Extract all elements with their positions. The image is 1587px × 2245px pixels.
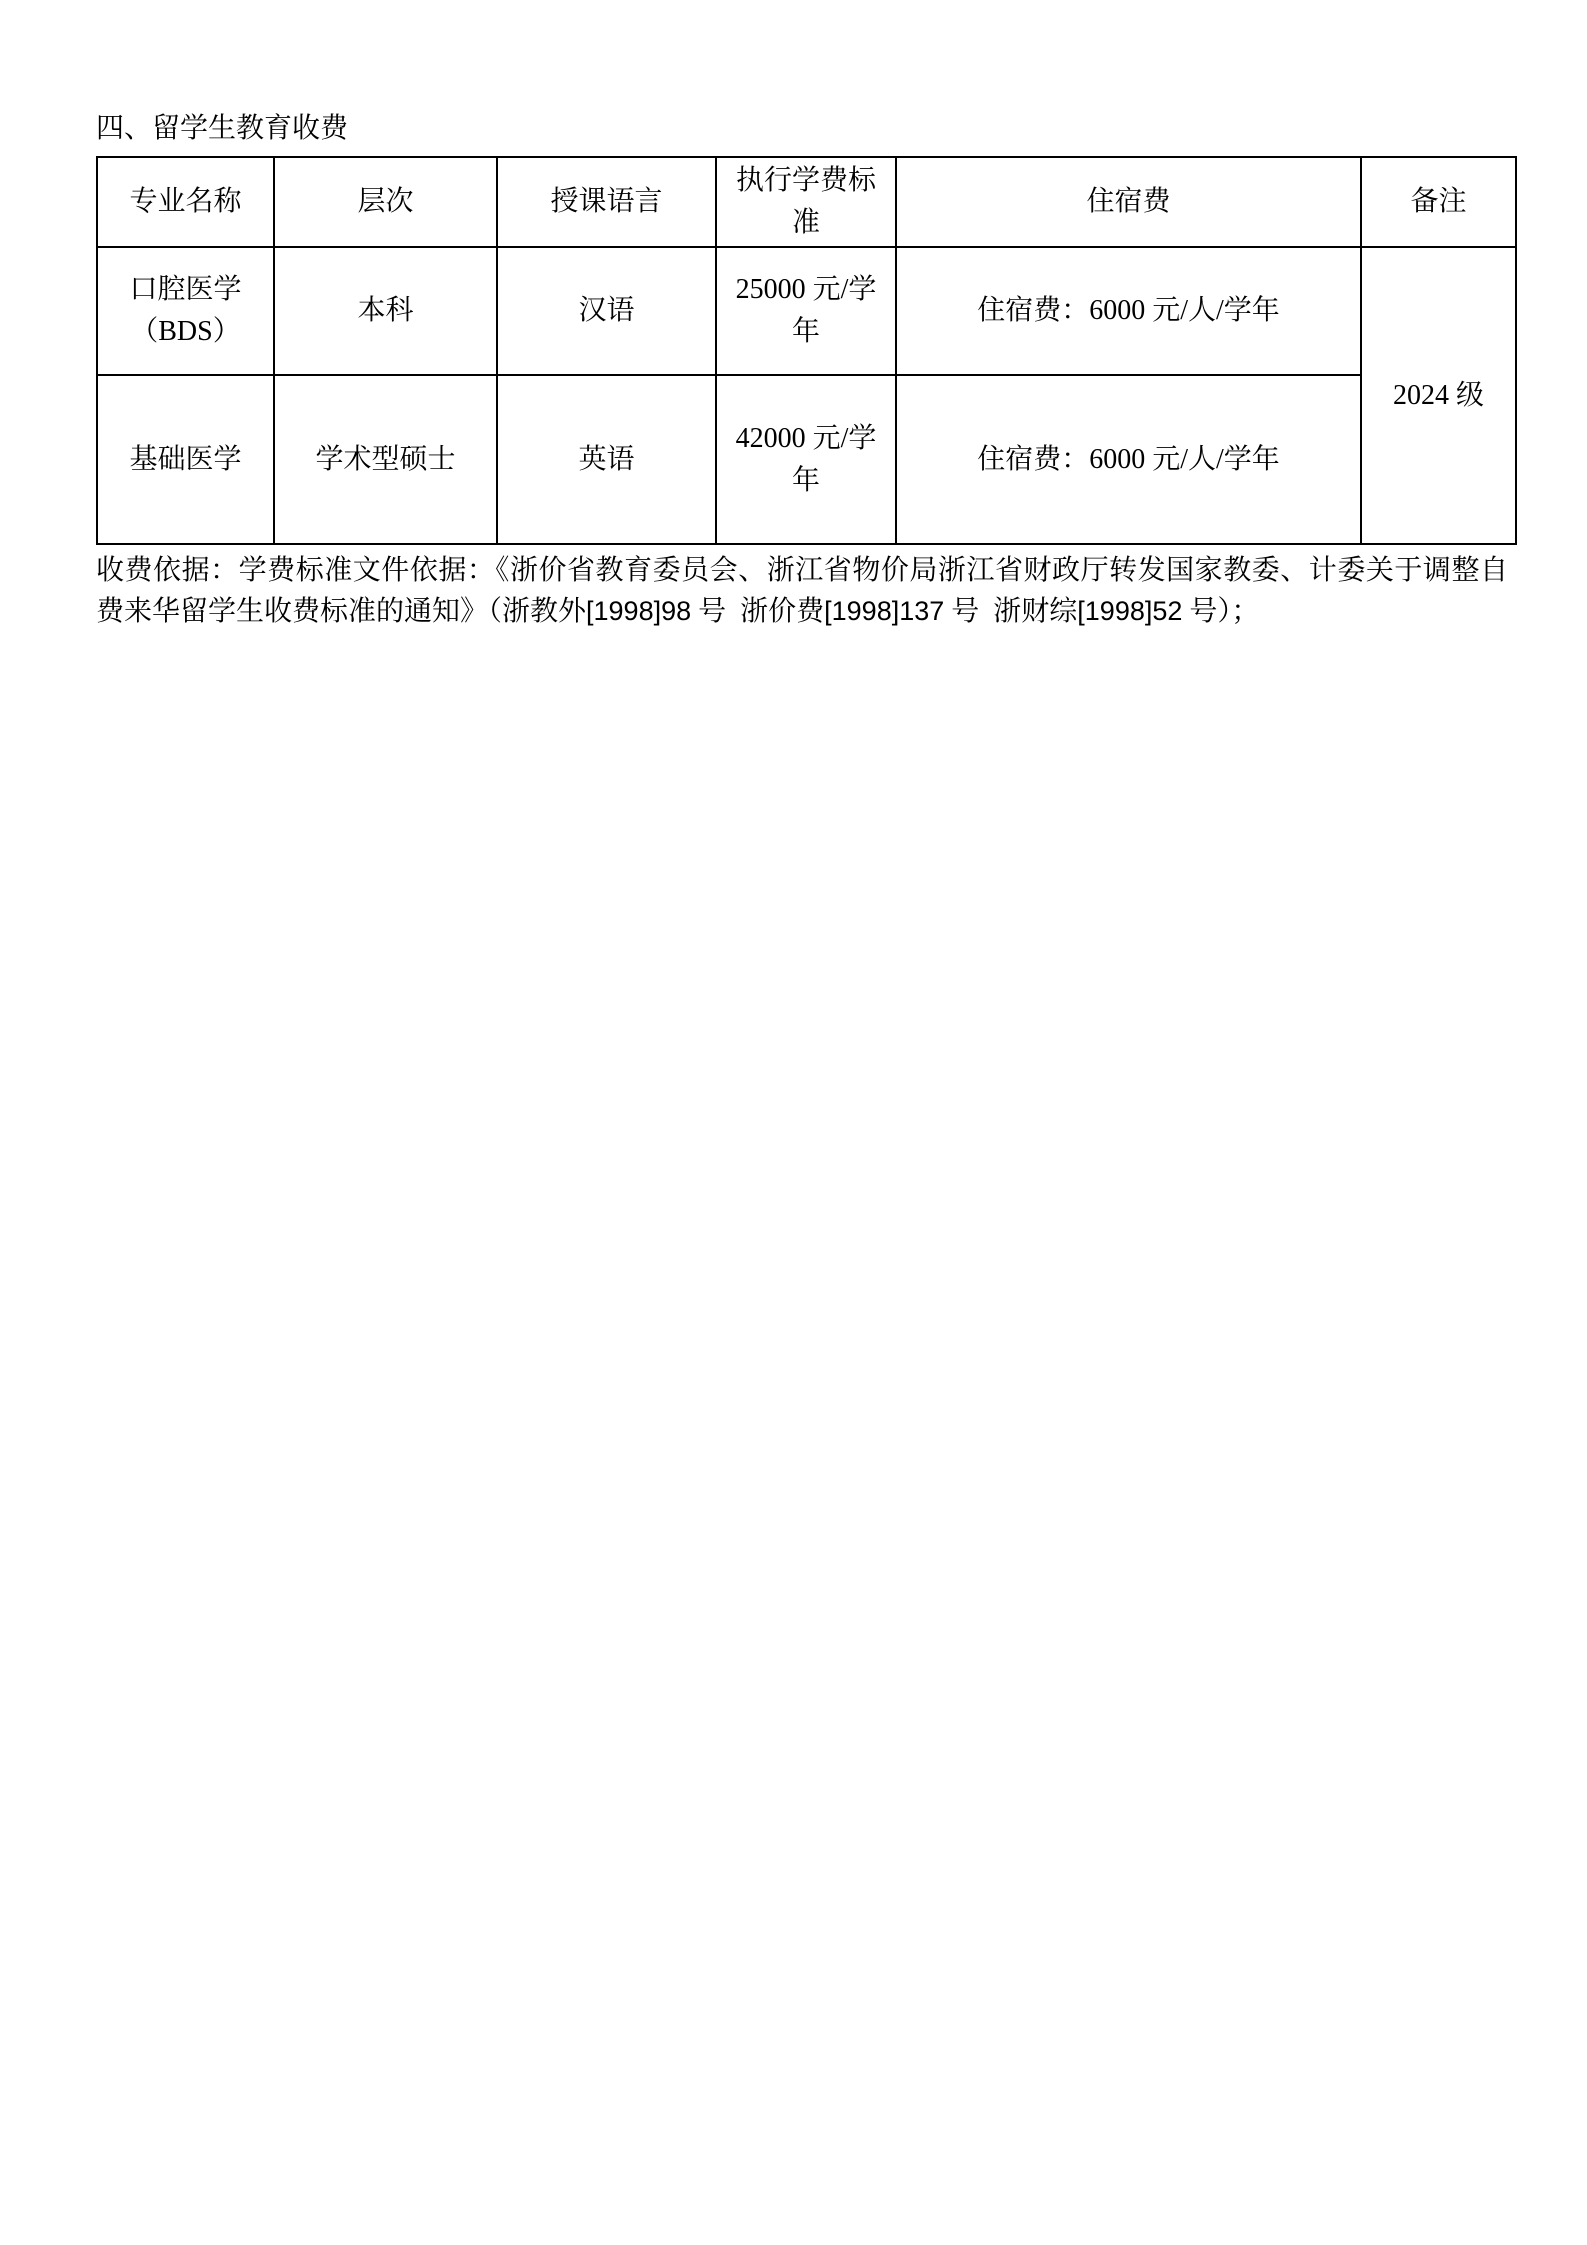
table-row: 口腔医学 （BDS） 本科 汉语 25000 元/学 年 住宿费：6000 元/… — [97, 247, 1516, 375]
fee-basis-note: 收费依据：学费标准文件依据：《浙价省教育委员会、浙江省物价局浙江省财政厅转发国家… — [96, 551, 1508, 632]
cell-accommodation: 住宿费：6000 元/人/学年 — [896, 375, 1361, 544]
header-remark: 备注 — [1361, 157, 1516, 247]
doc-ref-number: [1998]137 — [824, 596, 944, 626]
cell-language: 英语 — [497, 375, 716, 544]
note-text: 号 浙价费 — [691, 596, 824, 627]
cell-tuition: 42000 元/学 年 — [716, 375, 896, 544]
header-level: 层次 — [274, 157, 497, 247]
document-page: 四、留学生教育收费 专业名称 层次 授课语言 执行学费标 准 住宿费 备注 口腔… — [96, 110, 1520, 632]
note-text: 号 浙财综 — [944, 596, 1077, 627]
header-language: 授课语言 — [497, 157, 716, 247]
header-major: 专业名称 — [97, 157, 274, 247]
note-text: 号）； — [1182, 596, 1259, 627]
header-accommodation: 住宿费 — [896, 157, 1361, 247]
cell-level: 学术型硕士 — [274, 375, 497, 544]
table-row: 基础医学 学术型硕士 英语 42000 元/学 年 住宿费：6000 元/人/学… — [97, 375, 1516, 544]
cell-accommodation: 住宿费：6000 元/人/学年 — [896, 247, 1361, 375]
doc-ref-number: [1998]98 — [586, 596, 691, 626]
cell-major: 口腔医学 （BDS） — [97, 247, 274, 375]
cell-remark-merged: 2024 级 — [1361, 247, 1516, 544]
fees-table: 专业名称 层次 授课语言 执行学费标 准 住宿费 备注 口腔医学 （BDS） 本… — [96, 156, 1517, 545]
table-header-row: 专业名称 层次 授课语言 执行学费标 准 住宿费 备注 — [97, 157, 1516, 247]
cell-tuition: 25000 元/学 年 — [716, 247, 896, 375]
cell-major: 基础医学 — [97, 375, 274, 544]
doc-ref-number: [1998]52 — [1077, 596, 1182, 626]
cell-level: 本科 — [274, 247, 497, 375]
page-title: 四、留学生教育收费 — [96, 110, 1520, 148]
cell-language: 汉语 — [497, 247, 716, 375]
header-tuition: 执行学费标 准 — [716, 157, 896, 247]
